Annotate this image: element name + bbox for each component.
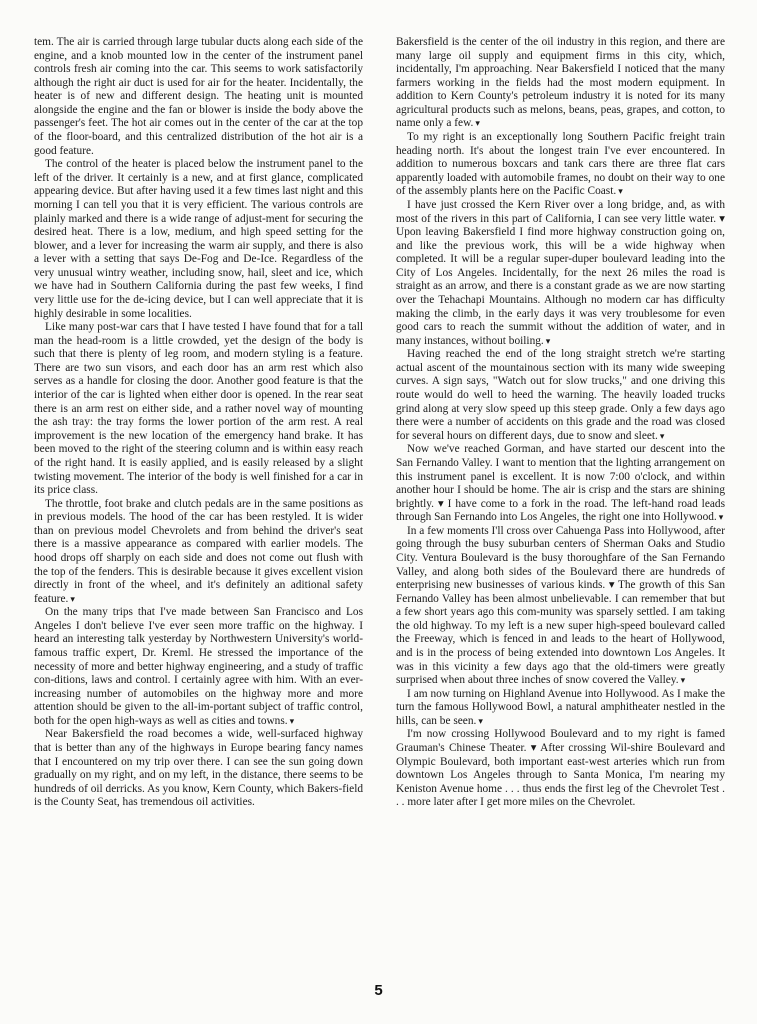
paragraph: Near Bakersfield the road becomes a wide…: [34, 728, 363, 809]
paragraph: The control of the heater is placed belo…: [34, 158, 363, 321]
paragraph: To my right is an exceptionally long Sou…: [396, 131, 725, 199]
page-number: 5: [0, 982, 757, 999]
paragraph: On the many trips that I've made between…: [34, 606, 363, 728]
paragraph: The throttle, foot brake and clutch peda…: [34, 498, 363, 607]
paragraph-text: I am now turning on Highland Avenue into…: [396, 688, 725, 727]
paragraph-text: I have just crossed the Kern River over …: [396, 199, 725, 347]
right-column: Bakersfield is the center of the oil ind…: [396, 36, 725, 810]
paragraph-text: tem. The air is carried through large tu…: [34, 36, 363, 157]
paragraph-text: Near Bakersfield the road becomes a wide…: [34, 728, 363, 808]
paragraph-mark-icon: ▾: [681, 675, 686, 685]
paragraph-text: Having reached the end of the long strai…: [396, 348, 725, 441]
paragraph: In a few moments I'll cross over Cahueng…: [396, 525, 725, 688]
paragraph: tem. The air is carried through large tu…: [34, 36, 363, 158]
paragraph-text: On the many trips that I've made between…: [34, 606, 363, 727]
paragraph: Like many post-war cars that I have test…: [34, 321, 363, 498]
left-column: tem. The air is carried through large tu…: [34, 36, 363, 810]
paragraph: Having reached the end of the long strai…: [396, 348, 725, 443]
paragraph: I'm now crossing Hollywood Boulevard and…: [396, 728, 725, 809]
paragraph-mark-icon: ▾: [475, 118, 480, 128]
paragraph-mark-icon: ▾: [290, 716, 295, 726]
paragraph-text: To my right is an exceptionally long Sou…: [396, 131, 725, 197]
paragraph-mark-icon: ▾: [719, 512, 724, 522]
paragraph-mark-icon: ▾: [660, 431, 665, 441]
paragraph: I have just crossed the Kern River over …: [396, 199, 725, 348]
paragraph-text: I'm now crossing Hollywood Boulevard and…: [396, 728, 725, 808]
paragraph-mark-icon: ▾: [618, 186, 623, 196]
paragraph-text: Now we've reached Gorman, and have start…: [396, 443, 725, 523]
paragraph-text: Like many post-war cars that I have test…: [34, 321, 363, 496]
paragraph: I am now turning on Highland Avenue into…: [396, 688, 725, 729]
paragraph: Bakersfield is the center of the oil ind…: [396, 36, 725, 131]
paragraph-mark-icon: ▾: [478, 716, 483, 726]
paragraph-text: Bakersfield is the center of the oil ind…: [396, 36, 725, 129]
paragraph-text: In a few moments I'll cross over Cahueng…: [396, 525, 725, 686]
paragraph-mark-icon: ▾: [546, 336, 551, 346]
paragraph-mark-icon: ▾: [70, 594, 75, 604]
paragraph: Now we've reached Gorman, and have start…: [396, 443, 725, 524]
paragraph-text: The control of the heater is placed belo…: [34, 158, 363, 319]
document-page: tem. The air is carried through large tu…: [0, 0, 757, 1024]
paragraph-text: The throttle, foot brake and clutch peda…: [34, 498, 363, 605]
